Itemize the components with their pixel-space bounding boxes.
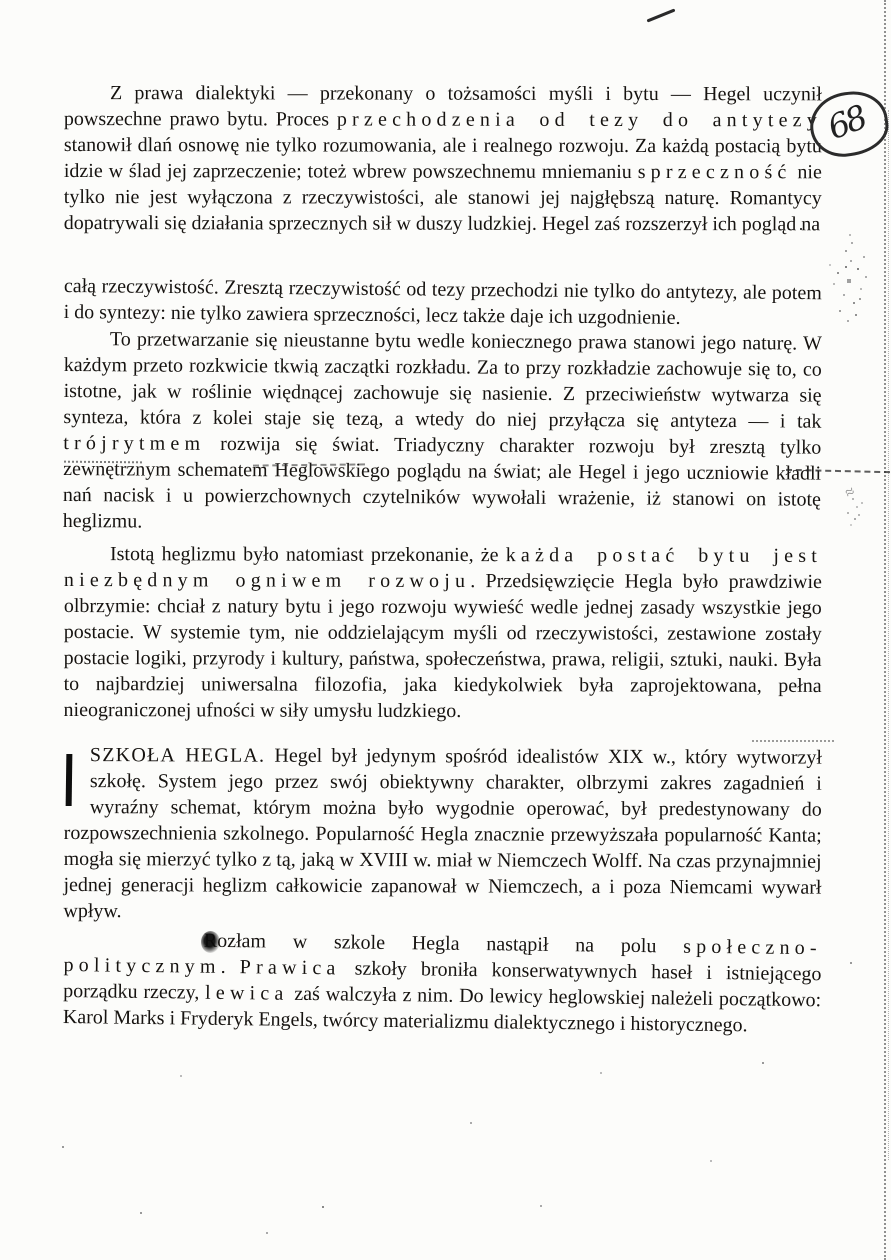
paragraph-p5: SZKOŁA HEGLA. Hegel był jedynym spośród … <box>63 742 822 927</box>
emphasized-spaced-text: trójrytmem <box>63 432 205 455</box>
noise-speckle-cluster <box>845 250 847 252</box>
body-text: Rozłam w szkole Hegla nastąpił na polu <box>204 930 684 958</box>
scan-edge-dotted-line <box>884 0 886 1260</box>
ink-smudge <box>201 931 220 953</box>
body-text: całą rzeczywistość. Zresztą rzeczywistoś… <box>64 275 822 329</box>
emphasized-spaced-text: lewica <box>205 982 289 1005</box>
paragraph-p1: Z prawa dialektyki — przekonany o tożsam… <box>64 80 822 237</box>
body-text: Hegel był jedynym spośród idealistów XIX… <box>63 745 822 922</box>
body-text: . Przedsięwzięcie Hegla było prawdziwie … <box>64 570 822 722</box>
scan-speckles <box>0 0 2 2</box>
paragraph-p6: Rozłam w szkole Hegla nastąpił na polu s… <box>63 926 822 1039</box>
body-text: To przetwarzanie się nieustanne bytu wed… <box>63 328 822 432</box>
dotted-rule-mark <box>752 740 834 742</box>
paragraph-p2: całą rzeczywistość. Zresztą rzeczywistoś… <box>64 273 822 332</box>
margin-squiggle-mark: ≈ <box>842 483 858 503</box>
paragraph-p3: To przetwarzanie się nieustanne bytu wed… <box>63 326 822 539</box>
section-heading: SZKOŁA HEGLA. <box>90 744 265 767</box>
handwritten-page-number: 68 <box>822 97 870 146</box>
scanned-book-page: Z prawa dialektyki — przekonany o tożsam… <box>0 0 891 1260</box>
emphasized-spaced-text: Prawica <box>240 956 341 979</box>
paragraph-p4: Istotą heglizmu było natomiast przekonan… <box>64 541 822 725</box>
section-margin-bar <box>66 754 73 806</box>
body-text: . <box>221 956 240 978</box>
emphasized-spaced-text: przechodzenia od tezy do antytezy <box>337 108 822 131</box>
scan-edge-dotted-line-2 <box>888 110 889 1160</box>
noise-speckle-cluster-2 <box>852 498 854 500</box>
text-column: Z prawa dialektyki — przekonany o tożsam… <box>64 80 822 1030</box>
body-text: Istotą heglizmu było natomiast przekonan… <box>110 543 506 566</box>
pen-stroke-mark <box>647 8 676 22</box>
emphasized-spaced-text: sprzeczność <box>638 161 792 183</box>
